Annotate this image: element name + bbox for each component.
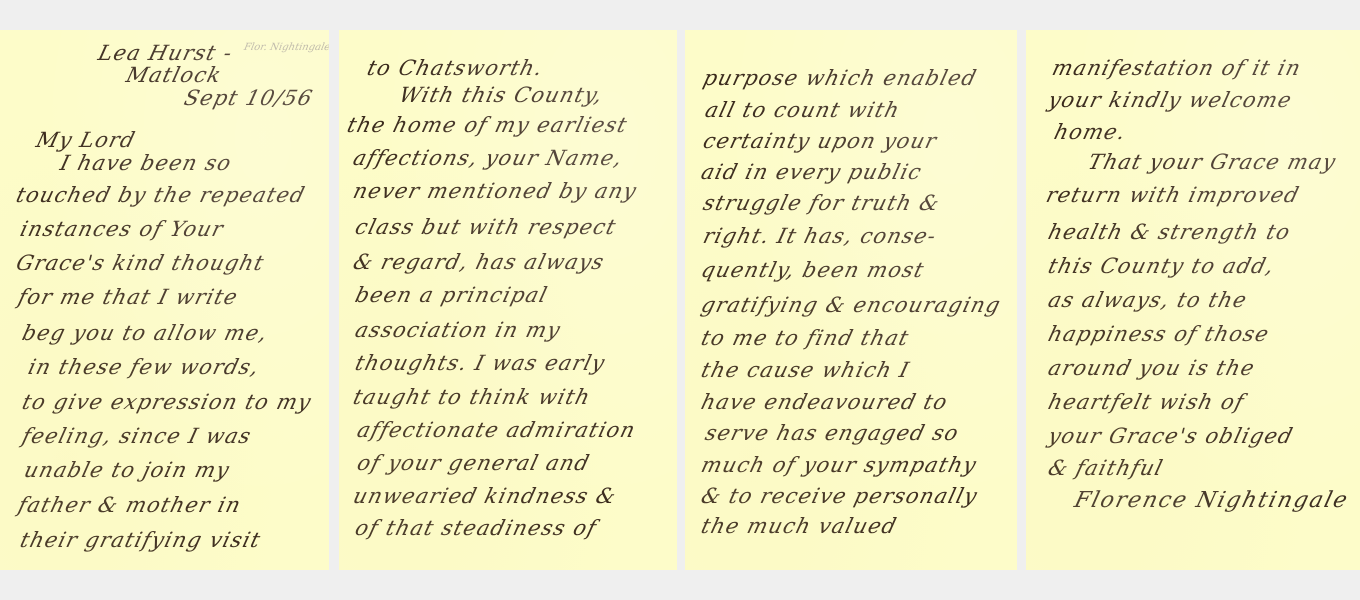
text-line: father & mother in xyxy=(16,495,244,516)
text-line: around you is the xyxy=(1046,358,1257,379)
text-line: the much valued xyxy=(699,516,899,537)
text-line: With this County, xyxy=(397,85,605,106)
salutation: My Lord xyxy=(34,130,138,151)
text-line: to give expression to my xyxy=(20,392,314,413)
text-line: affections, your Name, xyxy=(351,148,625,169)
text-line: certainty upon your xyxy=(701,131,939,152)
signature: Florence Nightingale xyxy=(1072,490,1351,512)
text-line: quently, been most xyxy=(699,260,927,281)
text-line: of your general and xyxy=(355,453,592,474)
text-line: in these few words, xyxy=(26,357,262,378)
text-line: much of your sympathy xyxy=(699,455,979,476)
text-line: I have been so xyxy=(58,153,234,174)
text-line: unwearied kindness & xyxy=(351,486,619,507)
text-line: serve has engaged so xyxy=(703,423,961,444)
text-line: to me to find that xyxy=(699,328,911,349)
text-line: touched by the repeated xyxy=(14,185,308,206)
text-line: your Grace's obliged xyxy=(1046,426,1296,447)
text-line: been a principal xyxy=(353,285,550,306)
text-line: & faithful xyxy=(1046,458,1166,479)
text-line: happiness of those xyxy=(1046,324,1272,345)
text-line: & to receive personally xyxy=(699,486,980,507)
text-line: gratifying & encouraging xyxy=(699,295,1003,316)
text-line: have endeavoured to xyxy=(699,392,950,413)
text-line: manifestation of it in xyxy=(1050,58,1303,79)
text-line: never mentioned by any xyxy=(351,181,639,202)
text-line: unable to join my xyxy=(22,460,232,481)
text-line: & regard, has always xyxy=(351,252,607,273)
address-line-2: Matlock xyxy=(124,65,224,86)
address-line-1: Lea Hurst - xyxy=(96,43,235,64)
text-line: your kindly welcome xyxy=(1046,90,1294,111)
text-line: of that steadiness of xyxy=(353,518,599,539)
text-line: Grace's kind thought xyxy=(14,253,267,274)
letter-page-3: purpose which enabled all to count with … xyxy=(685,30,1017,570)
text-line: as always, to the xyxy=(1046,290,1249,311)
text-line: the home of my earliest xyxy=(345,115,630,136)
text-line: right. It has, conse- xyxy=(701,226,939,247)
text-line: home. xyxy=(1052,122,1128,143)
pencil-annotation: Flor. Nightingale xyxy=(243,42,329,53)
text-line: beg you to allow me, xyxy=(20,323,270,344)
text-line: their gratifying visit xyxy=(18,530,263,551)
text-line: to Chatsworth. xyxy=(365,58,545,79)
text-line: for me that I write xyxy=(16,287,240,308)
text-line: struggle for truth & xyxy=(701,193,942,214)
text-line: the cause which I xyxy=(699,360,912,381)
text-line: thoughts. I was early xyxy=(353,353,608,374)
text-line: taught to think with xyxy=(351,387,593,408)
text-line: this County to add, xyxy=(1046,256,1277,277)
letter-date: Sept 10/56 xyxy=(182,88,315,109)
text-line: class but with respect xyxy=(353,217,619,238)
text-line: health & strength to xyxy=(1046,222,1293,243)
text-line: affectionate admiration xyxy=(355,420,638,441)
text-line: instances of Your xyxy=(18,219,226,240)
text-line: purpose which enabled xyxy=(701,68,979,89)
text-line: return with improved xyxy=(1044,185,1302,206)
text-line: heartfelt wish of xyxy=(1046,392,1247,413)
text-line: all to count with xyxy=(703,100,902,121)
letter-page-4: manifestation of it in your kindly welco… xyxy=(1026,30,1360,570)
letter-page-1: Lea Hurst - Flor. Nightingale Matlock Se… xyxy=(0,30,329,570)
text-line: aid in every public xyxy=(699,162,924,183)
text-line: feeling, since I was xyxy=(20,426,254,447)
letter-page-2: to Chatsworth. With this County, the hom… xyxy=(339,30,677,570)
text-line: association in my xyxy=(353,320,563,341)
text-line: That your Grace may xyxy=(1086,152,1338,173)
